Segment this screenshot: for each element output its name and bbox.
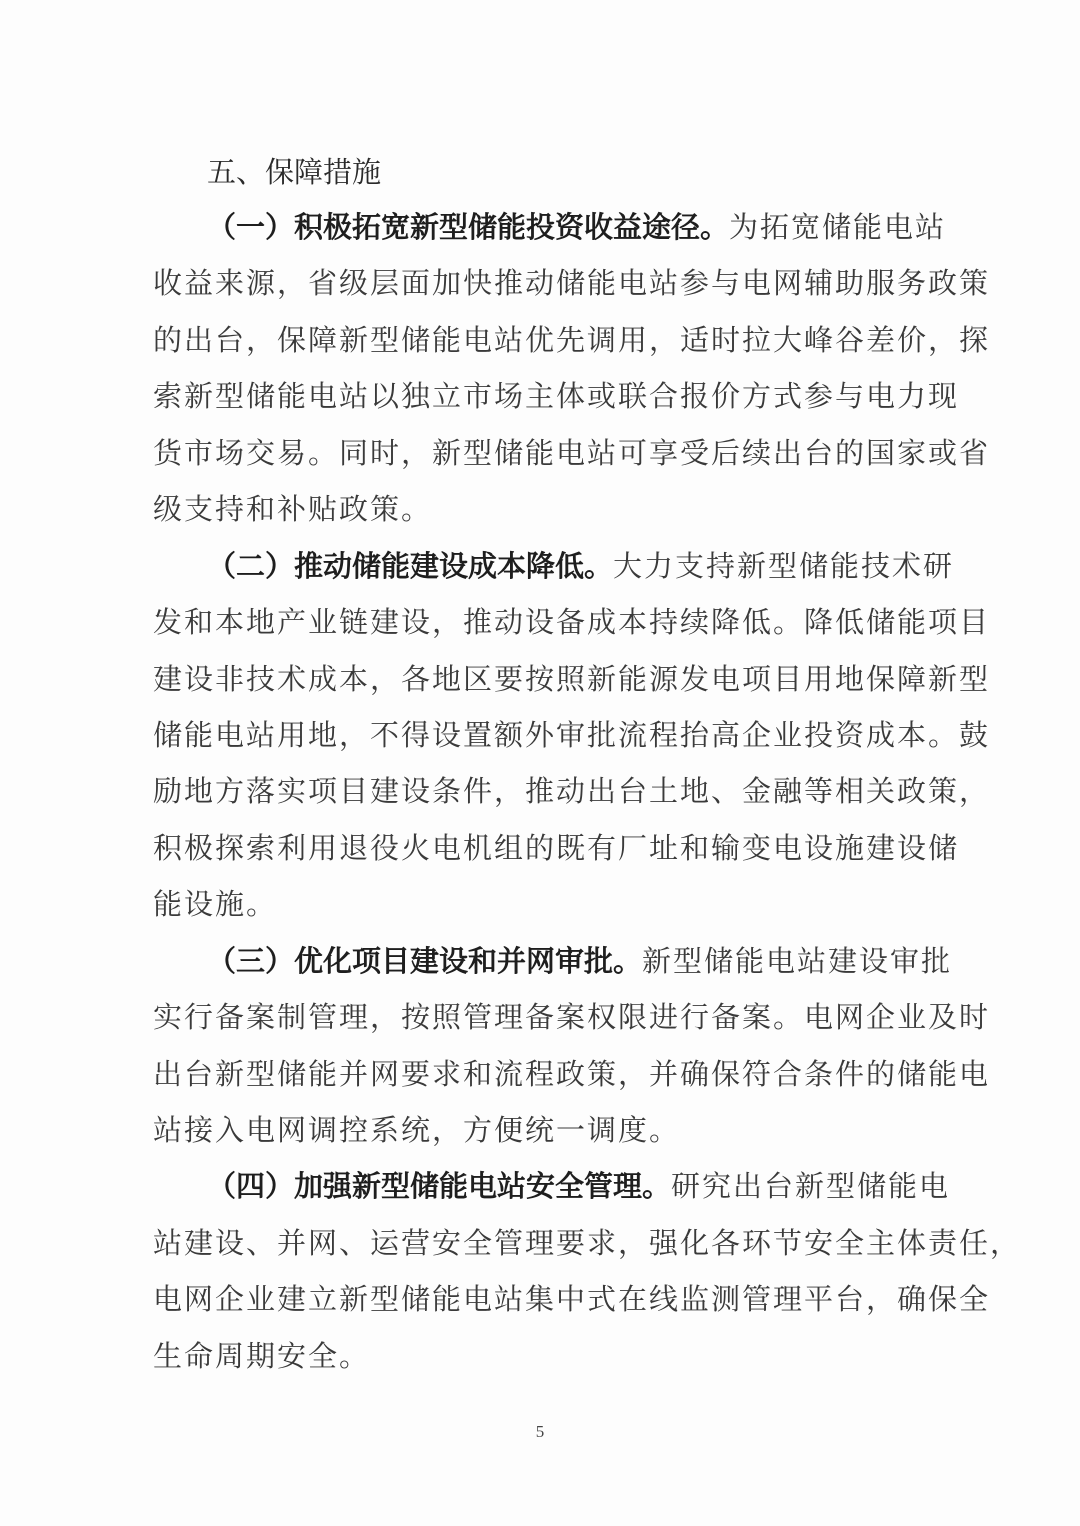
paragraph-2-line-1: （二）推动储能建设成本降低。大力支持新型储能技术研 <box>207 544 928 588</box>
paragraph-2-line-2: 发和本地产业链建设，推动设备成本持续降低。降低储能项目 <box>153 600 928 644</box>
paragraph-1-line-2: 收益来源，省级层面加快推动储能电站参与电网辅助服务政策 <box>153 261 928 305</box>
page-number: 5 <box>0 1422 1080 1442</box>
paragraph-3-line-3: 出台新型储能并网要求和流程政策，并确保符合条件的储能电 <box>153 1052 928 1096</box>
paragraph-2-line-3: 建设非技术成本，各地区要按照新能源发电项目用地保障新型 <box>153 657 928 701</box>
paragraph-3-title: （三）优化项目建设和并网审批。 <box>207 944 642 978</box>
paragraph-4-title: （四）加强新型储能电站安全管理。 <box>207 1169 671 1203</box>
paragraph-1-line-1: （一）积极拓宽新型储能投资收益途径。为拓宽储能电站 <box>207 205 928 249</box>
paragraph-2-line-4: 储能电站用地，不得设置额外审批流程抬高企业投资成本。鼓 <box>153 713 928 757</box>
paragraph-4-line-3: 电网企业建立新型储能电站集中式在线监测管理平台，确保全 <box>153 1277 928 1321</box>
paragraph-4-line-2: 站建设、并网、运营安全管理要求，强化各环节安全主体责任， <box>153 1221 928 1265</box>
paragraph-2-title: （二）推动储能建设成本降低。 <box>207 549 613 583</box>
paragraph-3-line-4: 站接入电网调控系统，方便统一调度。 <box>153 1108 928 1152</box>
paragraph-1-line-3: 的出台，保障新型储能电站优先调用，适时拉大峰谷差价，探 <box>153 318 928 362</box>
document-page: 五、保障措施 （一）积极拓宽新型储能投资收益途径。为拓宽储能电站 收益来源，省级… <box>0 0 1080 1526</box>
paragraph-1-line-4: 索新型储能电站以独立市场主体或联合报价方式参与电力现 <box>153 374 928 418</box>
paragraph-2-line-6: 积极探索利用退役火电机组的既有厂址和输变电设施建设储 <box>153 826 928 870</box>
paragraph-4-line-4: 生命周期安全。 <box>153 1334 928 1378</box>
paragraph-1-line-6: 级支持和补贴政策。 <box>153 487 928 531</box>
paragraph-2-line-5: 励地方落实项目建设条件，推动出台土地、金融等相关政策， <box>153 769 928 813</box>
paragraph-1-line-5: 货市场交易。同时，新型储能电站可享受后续出台的国家或省 <box>153 431 928 475</box>
paragraph-3-line-2: 实行备案制管理，按照管理备案权限进行备案。电网企业及时 <box>153 995 928 1039</box>
paragraph-3-line-1: （三）优化项目建设和并网审批。新型储能电站建设审批 <box>207 939 928 983</box>
paragraph-4-line-1: （四）加强新型储能电站安全管理。研究出台新型储能电 <box>207 1164 928 1208</box>
paragraph-1-title: （一）积极拓宽新型储能投资收益途径。 <box>207 210 729 244</box>
section-heading: 五、保障措施 <box>207 150 381 194</box>
paragraph-2-line-7: 能设施。 <box>153 882 928 926</box>
